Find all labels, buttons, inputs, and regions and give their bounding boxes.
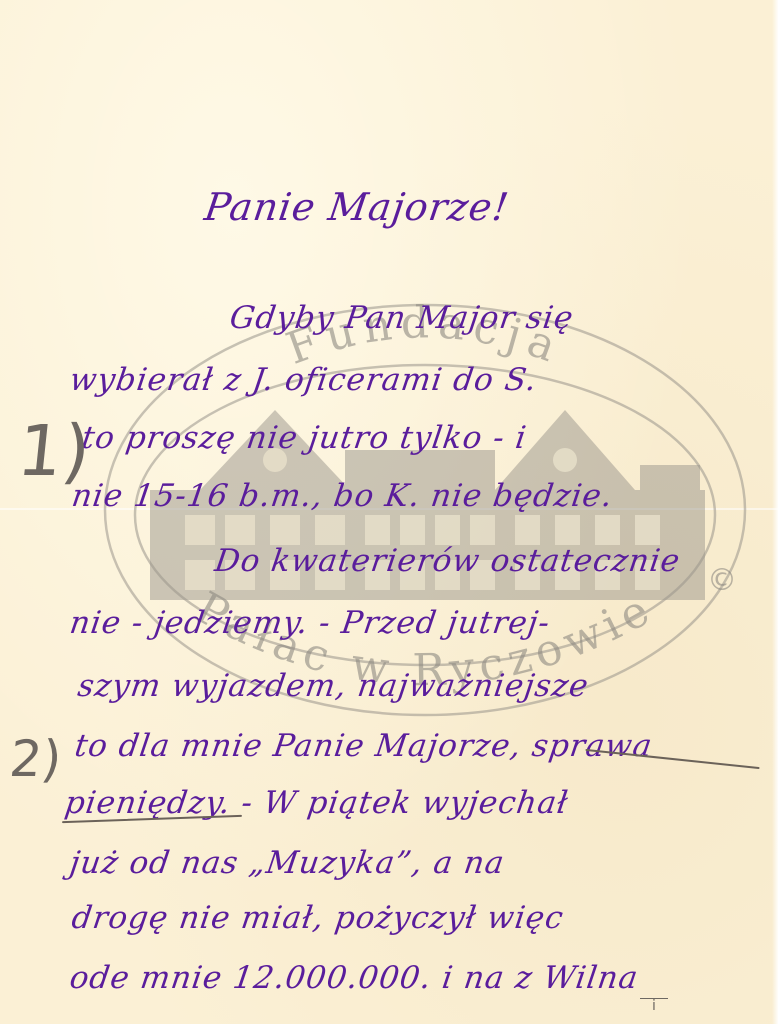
copyright-symbol: © bbox=[707, 563, 737, 598]
footnote-mark: i bbox=[640, 998, 668, 1013]
margin-note-1: 1) bbox=[14, 410, 94, 492]
paper-edge bbox=[772, 0, 778, 1024]
letter-line: wybierał z J. oficerami do S. bbox=[67, 362, 539, 398]
letter-line: nie 15-16 b.m., bo K. nie będzie. bbox=[69, 478, 615, 514]
letter-line: szym wyjazdem, najważniejsze bbox=[75, 668, 591, 704]
letter-line: nie - jedziemy. - Przed jutrej- bbox=[67, 605, 552, 641]
letter-line: Do kwaterierów ostatecznie bbox=[212, 543, 682, 579]
letter-salutation: Panie Majorze! bbox=[202, 185, 512, 229]
letter-line: już od nas „Muzyka”, a na bbox=[67, 845, 507, 881]
letter-line: to proszę nie jutro tylko - i bbox=[79, 420, 529, 456]
letter-line: drogę nie miał, pożyczył więc bbox=[69, 900, 566, 936]
margin-note-2: 2) bbox=[7, 730, 64, 788]
letter-line: ode mnie 12.000.000. i na z Wilna bbox=[67, 960, 640, 996]
letter-line: pieniędzy. - W piątek wyjechał bbox=[62, 785, 570, 821]
letter-line: to dla mnie Panie Majorze, sprawa bbox=[72, 728, 654, 764]
letter-line: Gdyby Pan Major się bbox=[227, 300, 576, 336]
